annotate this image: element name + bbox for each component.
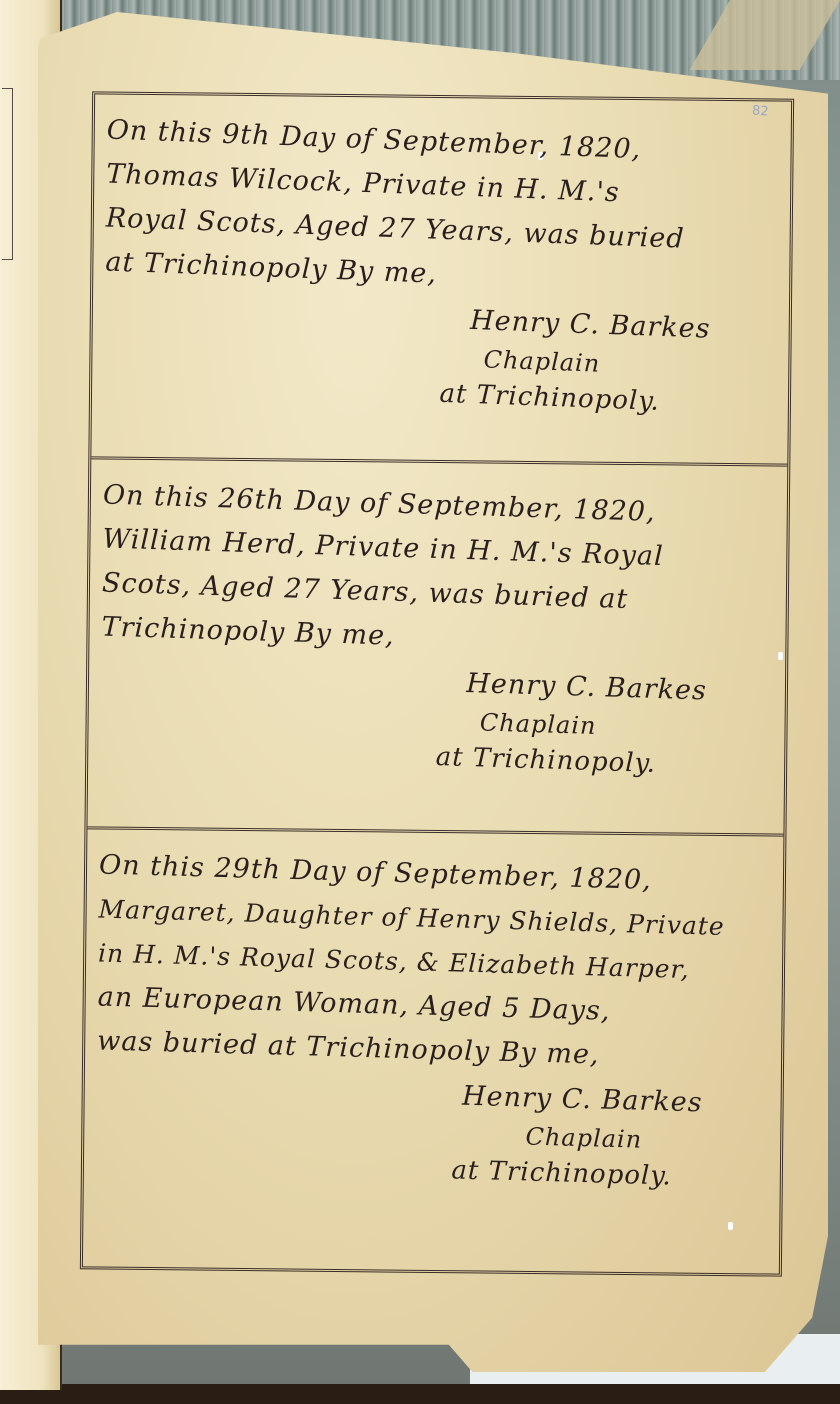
left-page-frame bbox=[2, 88, 13, 260]
register-frame: On this 9th Day of September, 1820, Thom… bbox=[80, 91, 794, 1276]
background-dark-edge bbox=[0, 1384, 840, 1404]
burial-entry: On this 29th Day of September, 1820, Mar… bbox=[83, 829, 784, 1273]
burial-entry: On this 9th Day of September, 1820, Thom… bbox=[91, 94, 791, 466]
burial-entry: On this 26th Day of September, 1820, Wil… bbox=[87, 459, 787, 836]
